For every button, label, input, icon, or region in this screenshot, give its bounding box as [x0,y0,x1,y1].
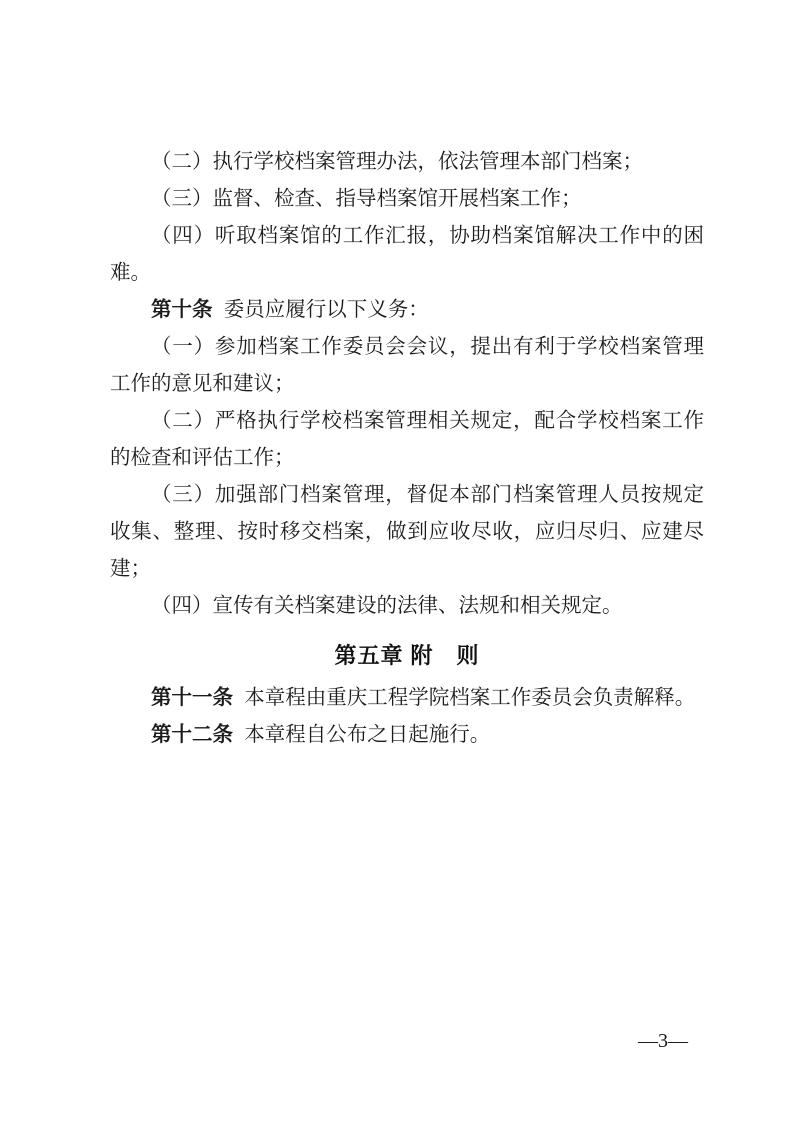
article-10-paragraph: 第十条委员应履行以下义务： [110,292,704,329]
duty-item-3: （三）加强部门档案管理，督促本部门档案管理人员按规定收集、整理、按时移交档案，做… [110,477,704,588]
clause-item-2: （二）执行学校档案管理办法，依法管理本部门档案； [110,144,704,181]
article-12-paragraph: 第十二条本章程自公布之日起施行。 [110,717,704,754]
duty-item-1: （一）参加档案工作委员会会议，提出有利于学校档案管理工作的意见和建议； [110,329,704,403]
article-11-number: 第十一条 [151,687,233,709]
article-11-paragraph: 第十一条本章程由重庆工程学院档案工作委员会负责解释。 [110,680,704,717]
document-page: （二）执行学校档案管理办法，依法管理本部门档案； （三）监督、检查、指导档案馆开… [0,0,794,1122]
document-body: （二）执行学校档案管理办法，依法管理本部门档案； （三）监督、检查、指导档案馆开… [110,144,704,754]
article-10-text: 委员应履行以下义务： [224,299,429,321]
duty-item-4: （四）宣传有关档案建设的法律、法规和相关规定。 [110,588,704,625]
chapter-heading: 第五章 附 则 [110,637,704,674]
article-12-text: 本章程自公布之日起施行。 [244,724,490,746]
page-number: —3— [638,1029,688,1053]
clause-item-4: （四）听取档案馆的工作汇报，协助档案馆解决工作中的困难。 [110,218,704,292]
clause-item-3: （三）监督、检查、指导档案馆开展档案工作； [110,181,704,218]
article-10-number: 第十条 [151,299,213,321]
duty-item-2: （二）严格执行学校档案管理相关规定，配合学校档案工作的检查和评估工作； [110,403,704,477]
article-11-text: 本章程由重庆工程学院档案工作委员会负责解释。 [244,687,695,709]
article-12-number: 第十二条 [151,724,233,746]
